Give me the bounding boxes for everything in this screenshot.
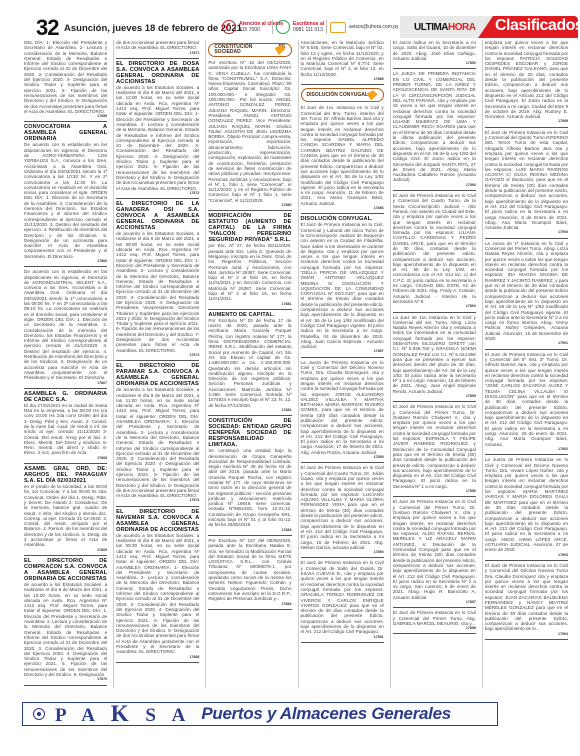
paksa-advertisement[interactable]: P A K S A Puertos y Almacenes Generales	[22, 702, 498, 726]
notice: El Juez de Primera Instancia en lo Civil…	[393, 404, 476, 497]
section-banner-disolucion: DISOLUCIÓN CONYUGAL	[301, 88, 384, 102]
section-brand: ULTIMAHORA Clasificados	[400, 16, 578, 38]
notice: DISOLUCIÓN CONYUGAL.El Juez de Primera I…	[301, 216, 384, 357]
section-title: Clasificados	[495, 17, 580, 35]
contact-phone: Atención al cliente415 7000	[222, 18, 283, 36]
notice: Por Escritura Nº 157 del 08/06/2020, pas…	[208, 538, 291, 610]
whatsapp-icon	[276, 20, 290, 34]
notice: DEL DÍA: 1- Elección del Presidente y Se…	[24, 40, 107, 122]
ad-tagline: Puertos y Almacenes Generales	[201, 704, 451, 724]
classifieds-columns: DEL DÍA: 1- Elección del Presidente y Se…	[22, 40, 570, 688]
column-3: CONSTITUCIÓN DE SOCIEDAD Por escritura N…	[205, 40, 293, 688]
section-banner-constitucion: CONSTITUCIÓN DE SOCIEDAD	[208, 43, 291, 57]
notice: El Juez de Primera Instancia en lo Civil…	[485, 563, 568, 640]
notice: El Juez de Primera Instancia en lo Civil…	[301, 465, 384, 558]
section-banner-label: DISOLUCIÓN CONYUGAL	[307, 93, 368, 98]
contact-email[interactable]: avisos@uhora.com.py	[330, 18, 399, 36]
paksa-logo-icon	[33, 708, 45, 720]
contact-value: 415 7000	[239, 27, 260, 33]
notice: De acuerdo con lo establecido en las dis…	[24, 269, 107, 389]
page-number: 32	[36, 15, 58, 41]
notice: AUMENTO DE CAPITAL.Por Escritura Nº 03 d…	[208, 312, 291, 416]
notice: El Juez de Primera Instancia en lo Civil…	[485, 130, 568, 239]
ultimahora-logo: ULTIMAHORA	[414, 22, 475, 33]
column-5: El Juicio radica en la Secretaría a mi c…	[390, 40, 478, 688]
notice: de dos Accionistas presentes para firmar…	[116, 40, 199, 59]
notice: La Juez de 1ra. Instancia en lo Civil y …	[393, 315, 476, 403]
notice: EL DIRECTORIO DE COMPRACON S.A. CONVOCA …	[24, 558, 107, 686]
phone-icon	[222, 20, 236, 34]
notice: El Juez de Primera Instancia en lo Civil…	[301, 560, 384, 642]
divider	[326, 20, 327, 34]
section-banner-label: CONSTITUCIÓN DE SOCIEDAD	[214, 45, 285, 56]
notice: Asociaciones, en la Matrícula Jurídica N…	[301, 40, 384, 85]
notice: Por escritura Nº 15 del 03/12/2020, auto…	[208, 60, 291, 211]
column-2: de dos Accionistas presentes para firmar…	[113, 40, 201, 688]
document-icon	[367, 90, 378, 100]
notice: La Jueza de Primera Instancia en lo Civi…	[301, 360, 384, 464]
notice: CONVOCATORIA A ASAMBLEA GENERAL ORDINARI…	[24, 124, 107, 267]
date-line: Asunción, jueves 18 de febrero de 2021	[64, 23, 242, 34]
notice: emplaza por quince veces a los que tenga…	[485, 40, 568, 128]
notice: La Jueza de Primera Instancia en lo Civi…	[485, 457, 568, 561]
notice: El Juez de Primera Instancia en lo Civil…	[485, 352, 568, 456]
notice: CONSTITUCIÓN DE SOCIEDAD: ENTIDAD GRUPO …	[208, 418, 291, 536]
notice: ASAMBLEA G. ORDINARIA De CADEC S.A.El dí…	[24, 391, 107, 464]
notice: El Juez de 1ra. Instancia en lo Civil y …	[301, 105, 384, 214]
notice: EL DIRECTORIO DE DOSA S.A. CONVOCA A ASA…	[116, 61, 199, 199]
contact-value: 0981 111 013	[293, 27, 323, 33]
notice: El Juicio radica en la Secretaría a mi c…	[393, 40, 476, 69]
page-header: 32 Asunción, jueves 18 de febrero de 202…	[0, 14, 580, 38]
notice: LA JUEZA DE PRIMERA INSTANCIA EN LO CIVI…	[393, 71, 476, 191]
divider	[272, 20, 273, 34]
notice: EL DIRECTORIO DE PARAMAR S.A. CONVOCA A …	[116, 363, 199, 507]
notice: El Juez de Primera Instancia en lo Civil…	[393, 610, 476, 634]
ad-brand: P A K S A	[55, 701, 191, 727]
contact-value[interactable]: avisos@uhora.com.py	[349, 24, 399, 30]
notice: EL DIRECTORIO DE NAVEMAR S.A. CONVOCA A …	[116, 509, 199, 663]
email-icon	[330, 22, 346, 33]
notice: EL DIRECTORIO DE LA GANADERA DSI S.A. CO…	[116, 201, 199, 361]
notice: El Juez de Primera Instancia en lo Civil…	[393, 499, 476, 608]
notice: El Juez de Primera Instancia en lo Civil…	[393, 193, 476, 313]
column-1: DEL DÍA: 1- Elección del Presidente y Se…	[22, 40, 109, 688]
notice: La Jueza de 1ª Instancia en lo Civil y C…	[485, 241, 568, 350]
contact-whatsapp: Escribinos al0981 111 013	[276, 18, 324, 36]
notice: ASAMB. GRAL ORD. De: ARGHOS DEL PARAGUAY…	[24, 466, 107, 556]
notice: MODIFICACIÓN DE ESTATUTO (AUMENTO DE CAP…	[208, 213, 291, 310]
column-6: emplaza por quince veces a los que tenga…	[482, 40, 570, 688]
column-4: Asociaciones, en la Matrícula Jurídica N…	[298, 40, 386, 688]
